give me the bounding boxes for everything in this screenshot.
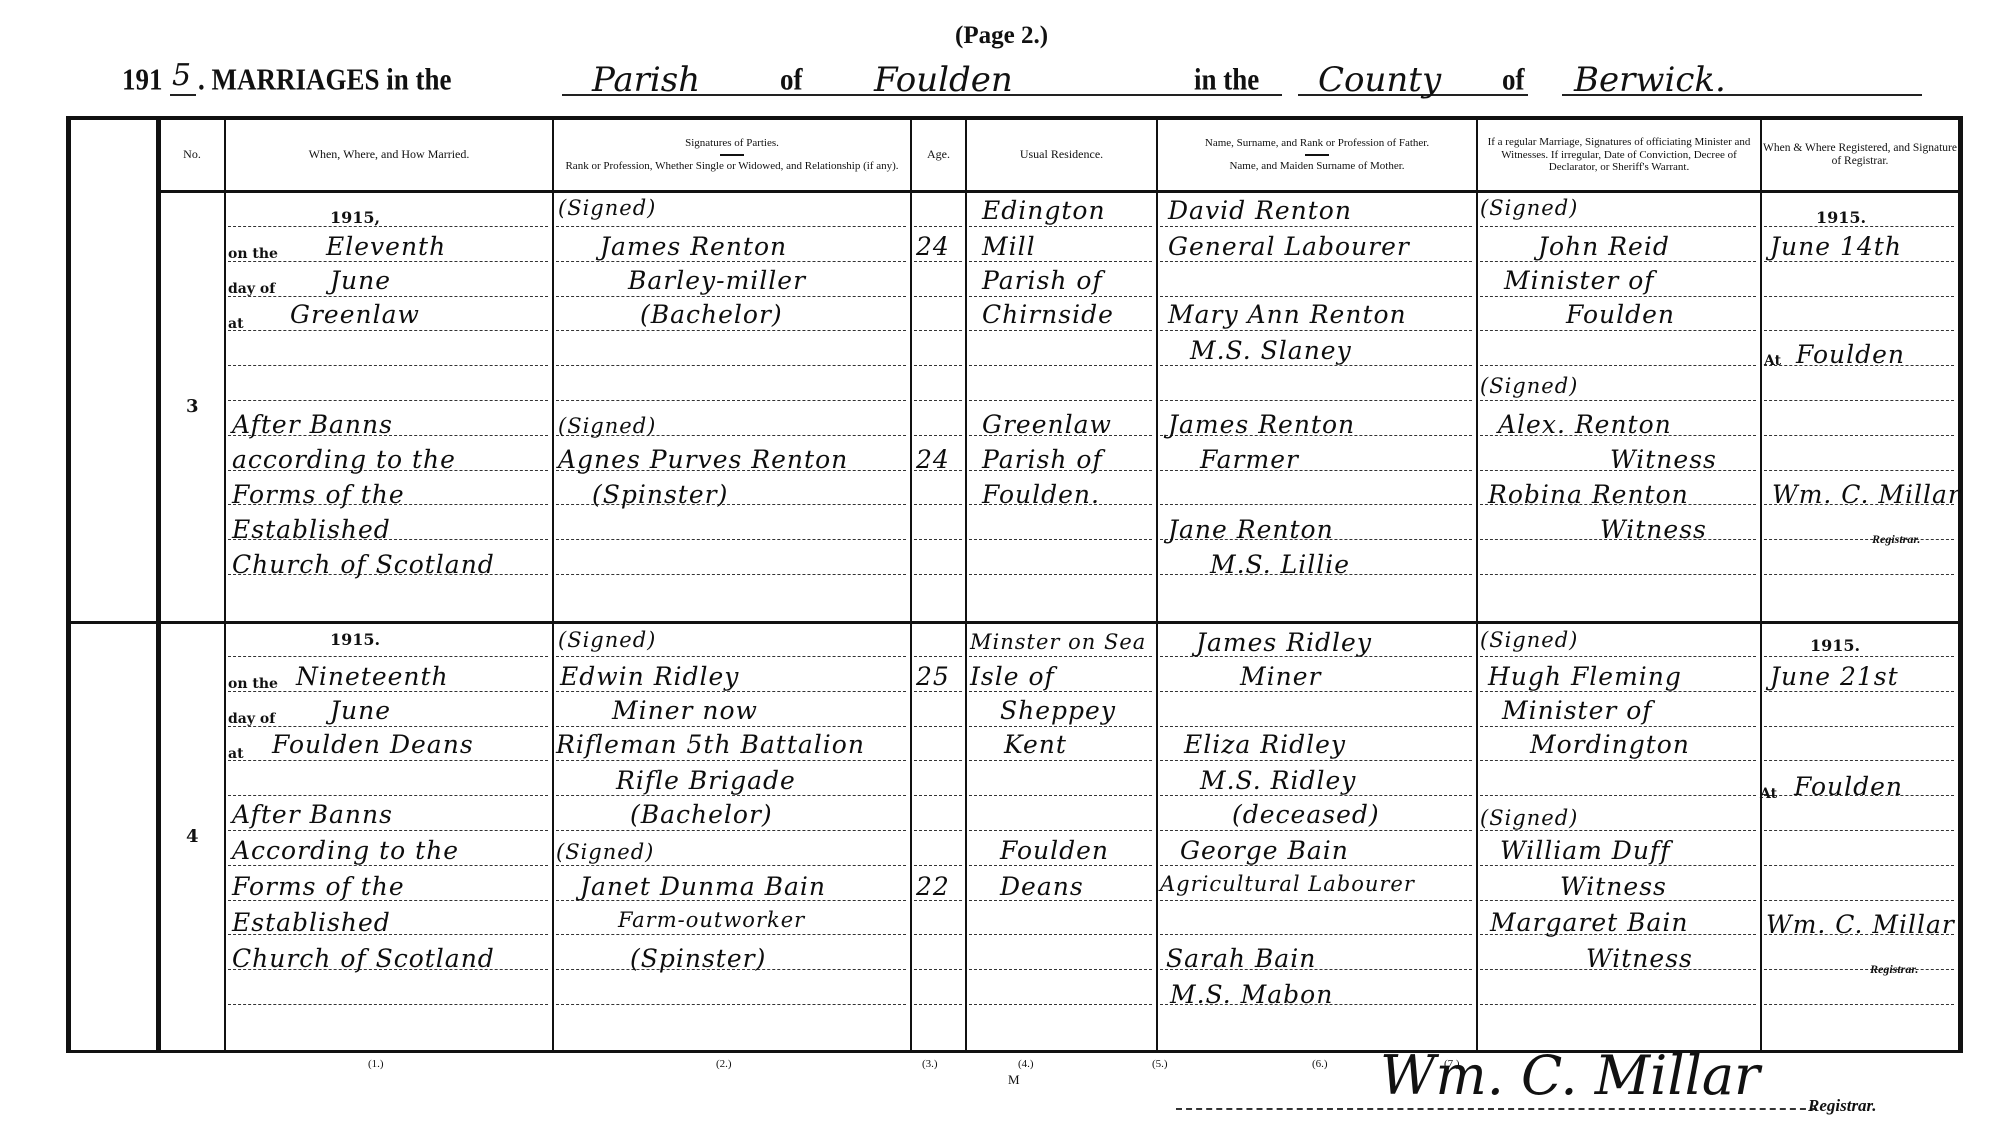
groom-residence-line: Edington: [982, 196, 1106, 225]
registered-place: Foulden: [1794, 772, 1903, 801]
witness-2-name: Margaret Bain: [1490, 908, 1688, 937]
title-in-the: in the: [1194, 62, 1259, 98]
groom-residence-line: Parish of: [982, 266, 1103, 295]
ruled-line: [556, 934, 906, 935]
groom-residence-line: Sheppey: [1000, 696, 1116, 725]
ruled-line: [1764, 830, 1954, 831]
ruled-line: [969, 574, 1152, 575]
ruled-line: [969, 726, 1152, 727]
ruled-line: [1160, 504, 1472, 505]
ruled-line: [228, 400, 548, 401]
groom-name: Edwin Ridley: [560, 662, 739, 691]
bride-father-name: James Renton: [1168, 410, 1355, 439]
ruled-line: [969, 365, 1152, 366]
ruled-line: [556, 365, 906, 366]
ruled-line: [1160, 795, 1472, 796]
ruled-line: [914, 969, 962, 970]
header-bottom-border: [158, 190, 1960, 193]
bride-status: (Spinster): [592, 480, 728, 509]
bride-mother-name: Jane Renton: [1168, 515, 1334, 544]
header-parents: Name, Surname, and Rank or Profession of…: [1158, 120, 1476, 190]
bride-name: Agnes Purves Renton: [558, 445, 848, 474]
ruled-line: [556, 539, 906, 540]
groom-rank: Barley-miller: [628, 266, 806, 295]
groom-signed-label: (Signed): [558, 196, 656, 220]
witness-2-label: Witness: [1586, 944, 1693, 973]
registered-date: June 14th: [1770, 232, 1902, 261]
groom-status: (Bachelor): [640, 300, 783, 329]
ruled-line: [914, 296, 962, 297]
witness-2-name: Robina Renton: [1488, 480, 1689, 509]
margin-column-border: [156, 116, 161, 1053]
title-of-2: of: [1502, 62, 1525, 98]
ruled-line: [969, 865, 1152, 866]
ruled-line: [1764, 726, 1954, 727]
page-label: (Page 2.): [955, 22, 1048, 50]
ruled-line: [556, 795, 906, 796]
ruled-line: [914, 795, 962, 796]
ruled-line: [1764, 656, 1954, 657]
ruled-line: [228, 330, 548, 331]
marriage-how-line: According to the: [232, 836, 459, 865]
bride-age: 22: [916, 872, 950, 901]
groom-name: James Renton: [600, 232, 787, 261]
bride-residence-line: Deans: [1000, 872, 1084, 901]
marriage-how-line: After Banns: [232, 800, 393, 829]
registered-at-label: At: [1764, 353, 1781, 369]
groom-status: (Bachelor): [630, 800, 773, 829]
groom-rank: Miner now: [612, 696, 758, 725]
registrar-label: Registrar.: [1870, 962, 1918, 977]
footer-registrar-signature: Wm. C. Millar: [1380, 1044, 1760, 1107]
header-signatures-top: Signatures of Parties.: [685, 137, 779, 150]
footer-registrar-label: Registrar.: [1808, 1096, 1877, 1116]
marriage-how-line: Church of Scotland: [232, 550, 495, 579]
ruled-line: [914, 574, 962, 575]
footer-signature-line: [1176, 1108, 1816, 1110]
ruled-line: [556, 296, 906, 297]
ruled-line: [969, 330, 1152, 331]
ruled-line: [1764, 691, 1954, 692]
header-signatures: Signatures of Parties. Rank or Professio…: [554, 120, 910, 190]
bride-residence-line: Foulden: [1000, 836, 1109, 865]
header-residence: Usual Residence.: [967, 120, 1156, 190]
ruled-line: [228, 760, 548, 761]
bride-signed-label: (Signed): [558, 414, 656, 438]
ruled-line: [969, 296, 1152, 297]
ruled-line: [556, 261, 906, 262]
witness-1-name: William Duff: [1500, 836, 1670, 865]
minister-signed-label: (Signed): [1480, 196, 1578, 220]
ruled-line: [969, 830, 1152, 831]
ruled-line: [1480, 296, 1756, 297]
ruled-line: [1764, 539, 1954, 540]
entry-number: 3: [186, 396, 199, 417]
ruled-line: [556, 865, 906, 866]
groom-father-rank: General Labourer: [1168, 232, 1410, 261]
minister-title: Minister of: [1502, 696, 1653, 725]
ruled-line: [228, 226, 548, 227]
registrar-signature: Wm. C. Millar: [1766, 910, 1955, 939]
ruled-line: [1160, 760, 1472, 761]
ruled-line: [914, 504, 962, 505]
minister-name: John Reid: [1538, 232, 1670, 261]
ruled-line: [1764, 969, 1954, 970]
ruled-line: [914, 726, 962, 727]
ruled-line: [556, 574, 906, 575]
title-district-type: Parish: [592, 60, 700, 100]
ruled-line: [1764, 296, 1954, 297]
ruled-line: [914, 226, 962, 227]
ruled-line: [914, 435, 962, 436]
ruled-line: [228, 656, 548, 657]
witness-2-label: Witness: [1600, 515, 1707, 544]
ruled-line: [228, 1004, 548, 1005]
ruled-line: [914, 865, 962, 866]
groom-residence-line: Chirnside: [982, 300, 1114, 329]
groom-rank-extra: Rifle Brigade: [616, 766, 796, 795]
entry-number: 4: [186, 826, 199, 847]
groom-father-name: James Ridley: [1196, 628, 1372, 657]
ruled-line: [914, 400, 962, 401]
witness-1-label: Witness: [1560, 872, 1667, 901]
minister-name: Hugh Fleming: [1488, 662, 1682, 691]
bride-signed-label: (Signed): [556, 840, 654, 864]
groom-father-name: David Renton: [1168, 196, 1352, 225]
on-the-label: on the: [228, 246, 278, 262]
ruled-line: [556, 1004, 906, 1005]
witness-1-label: Witness: [1610, 445, 1717, 474]
ruled-line: [969, 1004, 1152, 1005]
column-number: (2.): [716, 1058, 732, 1070]
ruled-line: [228, 365, 548, 366]
minister-signed-label: (Signed): [1480, 628, 1578, 652]
title-district-name: Foulden: [874, 60, 1013, 100]
ruled-line: [1480, 795, 1756, 796]
bride-mother-maiden: M.S. Lillie: [1210, 550, 1350, 579]
groom-rank-extra: Rifleman 5th Battalion: [556, 730, 865, 759]
ruled-line: [1160, 226, 1472, 227]
marriage-how-line: Forms of the: [232, 872, 405, 901]
ruled-line: [1764, 400, 1954, 401]
groom-age: 25: [916, 662, 950, 691]
groom-mother-maiden: M.S. Slaney: [1190, 336, 1352, 365]
ruled-line: [914, 656, 962, 657]
ruled-line: [1480, 1004, 1756, 1005]
ruled-line: [1764, 261, 1954, 262]
ruled-line: [556, 760, 906, 761]
column-border: [1476, 116, 1478, 1053]
bride-father-rank: Agricultural Labourer: [1160, 872, 1415, 896]
ruled-line: [914, 691, 962, 692]
title-marriages-label: . MARRIAGES in the: [198, 62, 452, 98]
ruled-line: [1160, 830, 1472, 831]
ruled-line: [228, 296, 548, 297]
witness-signed-label: (Signed): [1480, 806, 1578, 830]
marriage-how-line: Established: [232, 908, 391, 937]
ruled-line: [1764, 435, 1954, 436]
minister-parish: Foulden: [1566, 300, 1675, 329]
ruled-line: [1764, 760, 1954, 761]
registered-year: 1915.: [1810, 636, 1860, 655]
column-border: [910, 116, 912, 1053]
ruled-line: [1480, 865, 1756, 866]
bride-mother-maiden: M.S. Mabon: [1170, 980, 1333, 1009]
ruled-line: [1160, 900, 1472, 901]
ruled-line: [1480, 400, 1756, 401]
title-area-type: County: [1318, 60, 1441, 100]
ruled-line: [1160, 330, 1472, 331]
ruled-line: [914, 261, 962, 262]
ruled-line: [1764, 330, 1954, 331]
ruled-line: [914, 1004, 962, 1005]
bride-rank: Farm-outworker: [618, 908, 805, 932]
ruled-line: [914, 539, 962, 540]
bride-age: 24: [916, 445, 950, 474]
ruled-line: [914, 365, 962, 366]
ruled-line: [969, 539, 1152, 540]
ruled-line: [228, 726, 548, 727]
marriage-how-line: Established: [232, 515, 391, 544]
ruled-line: [969, 226, 1152, 227]
registered-year: 1915.: [1816, 208, 1866, 227]
column-border: [1760, 116, 1762, 1053]
marriage-how-line: After Banns: [232, 410, 393, 439]
header-when-where: When, Where, and How Married.: [226, 120, 552, 190]
registrar-label: Registrar.: [1872, 532, 1920, 547]
header-no: No.: [160, 120, 224, 190]
groom-residence-line: Mill: [982, 232, 1036, 261]
bride-residence-line: Parish of: [982, 445, 1103, 474]
ruled-line: [969, 969, 1152, 970]
ruled-line: [1480, 261, 1756, 262]
column-number: (3.): [922, 1058, 938, 1070]
ruled-line: [556, 691, 906, 692]
marriage-how-line: according to the: [232, 445, 456, 474]
witness-1-name: Alex. Renton: [1498, 410, 1672, 439]
ruled-line: [1764, 470, 1954, 471]
header-minister-witnesses: If a regular Marriage, Signatures of off…: [1478, 120, 1760, 190]
marriage-place: Greenlaw: [290, 300, 420, 329]
marriage-how-line: Forms of the: [232, 480, 405, 509]
ruled-line: [556, 400, 906, 401]
bride-residence-line: Greenlaw: [982, 410, 1112, 439]
ruled-line: [1480, 760, 1756, 761]
ruled-line: [914, 830, 962, 831]
on-the-label: on the: [228, 676, 278, 692]
ruled-line: [556, 726, 906, 727]
ruled-line: [969, 656, 1152, 657]
header-age: Age.: [912, 120, 965, 190]
title-year-prefix: 191: [122, 62, 163, 98]
bride-name: Janet Dunma Bain: [580, 872, 826, 901]
entry-year: 1915,: [330, 208, 380, 227]
header-signatures-bottom: Rank or Profession, Whether Single or Wi…: [565, 160, 898, 173]
entry-year: 1915.: [330, 630, 380, 649]
column-border: [224, 116, 226, 1053]
ruled-line: [556, 656, 906, 657]
ruled-line: [914, 760, 962, 761]
table-left-border: [66, 116, 71, 1053]
bride-residence-line: Foulden.: [982, 480, 1100, 509]
bride-father-rank: Farmer: [1200, 445, 1299, 474]
ruled-line: [1160, 865, 1472, 866]
marriage-day: Nineteenth: [296, 662, 449, 691]
ruled-line: [1764, 900, 1954, 901]
bride-father-name: George Bain: [1180, 836, 1349, 865]
marriage-month: June: [330, 266, 391, 295]
ruled-line: [1160, 365, 1472, 366]
day-of-label: day of: [228, 281, 275, 297]
column-number: (4.): [1018, 1058, 1034, 1070]
ruled-line: [969, 760, 1152, 761]
ruled-line: [969, 934, 1152, 935]
ruled-line: [1160, 261, 1472, 262]
groom-signed-label: (Signed): [558, 628, 656, 652]
ruled-line: [1160, 934, 1472, 935]
ruled-line: [1160, 726, 1472, 727]
groom-residence-line: Kent: [1004, 730, 1067, 759]
header-registered: When & Where Registered, and Signature o…: [1762, 120, 1958, 190]
groom-father-rank: Miner: [1240, 662, 1321, 691]
bride-status: (Spinster): [630, 944, 766, 973]
at-label: at: [228, 316, 244, 332]
title-of-1: of: [780, 62, 803, 98]
ruled-line: [1480, 226, 1756, 227]
ruled-line: [228, 830, 548, 831]
ruled-line: [1160, 691, 1472, 692]
ruled-line: [969, 795, 1152, 796]
day-of-label: day of: [228, 711, 275, 727]
registrar-signature: Wm. C. Millar: [1772, 480, 1961, 509]
at-label: at: [228, 746, 244, 762]
ruled-line: [969, 400, 1152, 401]
ruled-line: [1160, 296, 1472, 297]
groom-mother-maiden: M.S. Ridley: [1200, 766, 1356, 795]
column-number: (6.): [1312, 1058, 1328, 1070]
minister-parish: Mordington: [1530, 730, 1690, 759]
ruled-line: [1764, 1004, 1954, 1005]
groom-mother-name: Eliza Ridley: [1184, 730, 1346, 759]
page-mark: M: [1008, 1072, 1020, 1088]
registered-at-label: At: [1760, 786, 1777, 802]
marriage-month: June: [330, 696, 391, 725]
ruled-line: [969, 261, 1152, 262]
groom-age: 24: [916, 232, 950, 261]
ruled-line: [1480, 330, 1756, 331]
groom-mother-note: (deceased): [1232, 800, 1380, 829]
ruled-line: [1764, 865, 1954, 866]
column-border: [552, 116, 554, 1053]
groom-residence-line: Minster on Sea: [970, 630, 1146, 654]
ruled-line: [228, 795, 548, 796]
ruled-line: [556, 226, 906, 227]
ruled-line: [1764, 574, 1954, 575]
ruled-line: [1480, 574, 1756, 575]
register-title: 191 5 . MARRIAGES in the Parish of Fould…: [122, 60, 1922, 100]
ruled-line: [228, 865, 548, 866]
ruled-line: [1480, 691, 1756, 692]
ruled-line: [914, 934, 962, 935]
ruled-line: [914, 330, 962, 331]
column-number: (5.): [1152, 1058, 1168, 1070]
title-year-suffix: 5: [172, 58, 191, 93]
column-border: [965, 116, 967, 1053]
ruled-line: [1480, 656, 1756, 657]
ruled-line: [1160, 400, 1472, 401]
entry-divider: [68, 621, 1960, 624]
column-number: (1.): [368, 1058, 384, 1070]
ruled-line: [969, 691, 1152, 692]
groom-mother-name: Mary Ann Renton: [1168, 300, 1407, 329]
column-border: [1156, 116, 1158, 1053]
witness-signed-label: (Signed): [1480, 374, 1578, 398]
ruled-line: [1480, 726, 1756, 727]
marriage-place: Foulden Deans: [272, 730, 474, 759]
header-parents-bottom: Name, and Maiden Surname of Mother.: [1229, 160, 1404, 173]
bride-mother-name: Sarah Bain: [1166, 944, 1316, 973]
marriage-how-line: Church of Scotland: [232, 944, 495, 973]
marriage-day: Eleventh: [326, 232, 446, 261]
header-parents-top: Name, Surname, and Rank or Profession of…: [1205, 137, 1429, 150]
minister-title: Minister of: [1504, 266, 1655, 295]
ruled-line: [556, 330, 906, 331]
registered-place: Foulden: [1796, 340, 1905, 369]
ruled-line: [1480, 365, 1756, 366]
groom-residence-line: Isle of: [970, 662, 1055, 691]
title-area-name: Berwick.: [1574, 60, 1726, 100]
ruled-line: [1480, 830, 1756, 831]
ruled-line: [556, 830, 906, 831]
registered-date: June 21st: [1770, 662, 1899, 691]
table-right-border: [1958, 116, 1963, 1053]
